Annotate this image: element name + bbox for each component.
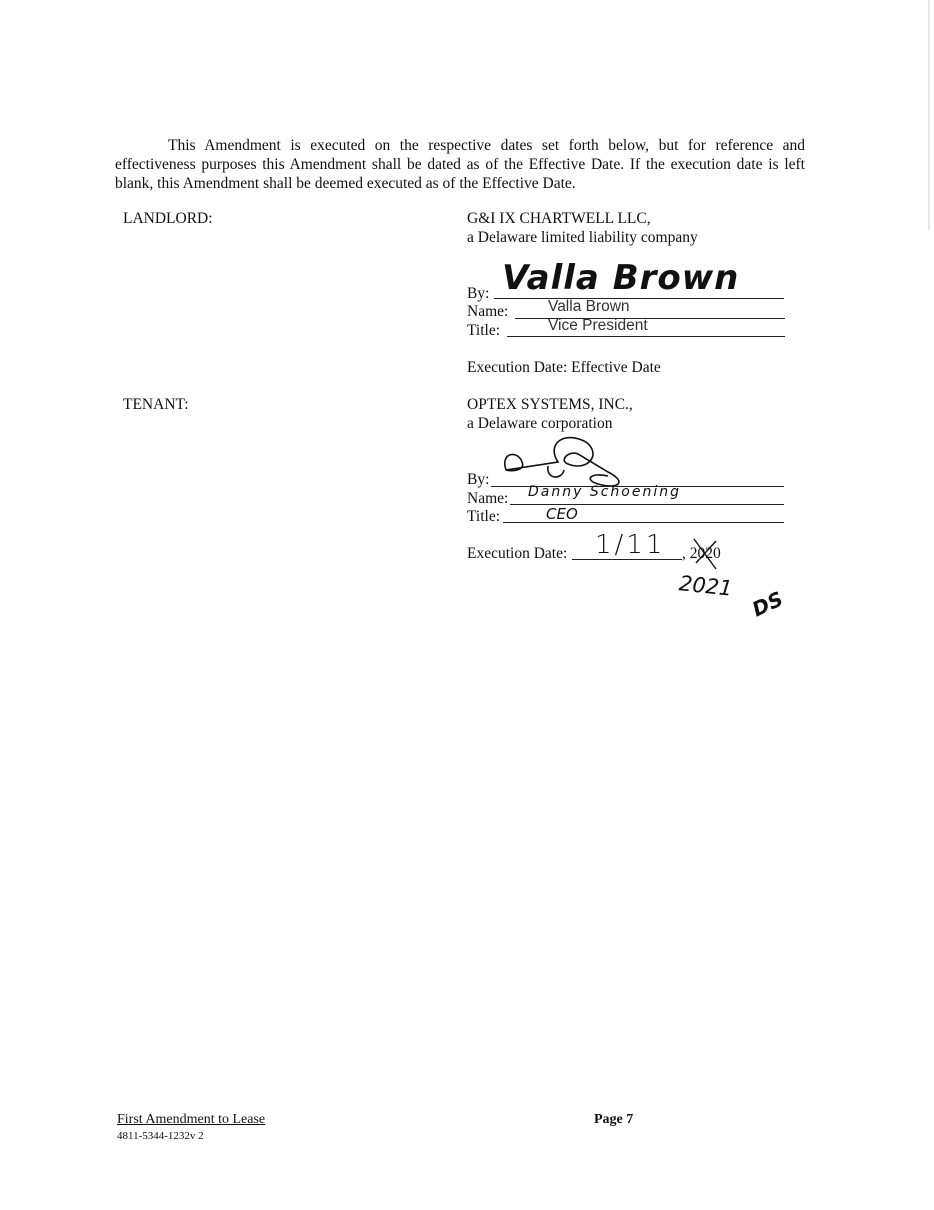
tenant-initials: DS [748, 587, 786, 622]
tenant-execution-date-label: Execution Date: [467, 544, 567, 563]
tenant-signature-scribble [498, 432, 648, 488]
landlord-name-label: Name: [467, 302, 508, 321]
landlord-signature-line [494, 298, 784, 299]
tenant-name-value: Danny Schoening [528, 484, 681, 500]
intro-text: This Amendment is executed on the respec… [115, 137, 805, 192]
tenant-by-label: By: [467, 470, 489, 489]
landlord-title-value: Vice President [548, 317, 648, 335]
landlord-label: LANDLORD: [123, 209, 213, 228]
landlord-title-line [507, 336, 785, 337]
page-edge [928, 0, 930, 230]
tenant-execution-date-value: 1/11 [595, 530, 665, 560]
year-strikethrough-mark [690, 537, 720, 571]
tenant-entity-desc: a Delaware corporation [467, 414, 612, 433]
landlord-entity-name: G&I IX CHARTWELL LLC, [467, 209, 651, 228]
tenant-label: TENANT: [123, 395, 189, 414]
landlord-execution-date: Execution Date: Effective Date [467, 358, 661, 377]
tenant-title-label: Title: [467, 507, 500, 526]
footer-title: First Amendment to Lease [117, 1112, 265, 1128]
tenant-year-handwritten: 2021 [678, 571, 734, 600]
landlord-signature: Valla Brown [502, 258, 739, 298]
landlord-title-label: Title: [467, 321, 500, 340]
landlord-entity-desc: a Delaware limited liability company [467, 228, 698, 247]
intro-paragraph: This Amendment is executed on the respec… [115, 136, 805, 193]
landlord-name-value: Valla Brown [548, 298, 630, 316]
tenant-title-value: CEO [546, 505, 578, 523]
tenant-name-label: Name: [467, 489, 508, 508]
footer-doc-number: 4811-5344-1232v 2 [117, 1130, 204, 1142]
landlord-by-label: By: [467, 284, 489, 303]
page-number: Page 7 [594, 1112, 633, 1128]
tenant-entity-name: OPTEX SYSTEMS, INC., [467, 395, 633, 414]
